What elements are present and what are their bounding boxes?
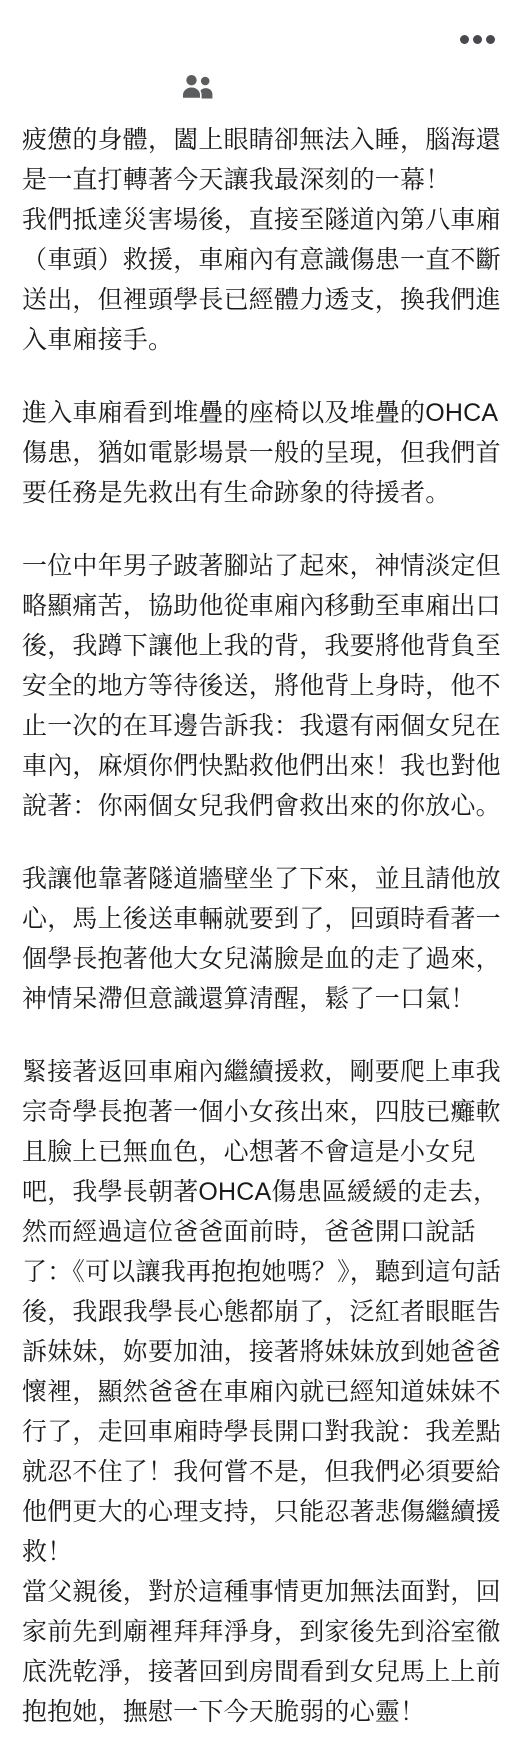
post-paragraph-3: 進入車廂看到堆疊的座椅以及堆疊的OHCA傷患，猶如電影場景一般的呈現，但我們首要… (22, 393, 502, 513)
friends-privacy-icon (181, 73, 215, 99)
post-paragraph-1: 疲憊的身體，闔上眼睛卻無法入睡，腦海還是一直打轉著今天讓我最深刻的一幕！ (22, 120, 502, 200)
post-screen: 疲憊的身體，闔上眼睛卻無法入睡，腦海還是一直打轉著今天讓我最深刻的一幕！ 我們抵… (0, 0, 524, 1759)
post-body: 疲憊的身體，闔上眼睛卻無法入睡，腦海還是一直打轉著今天讓我最深刻的一幕！ 我們抵… (22, 120, 502, 1732)
ellipsis-dot-icon (460, 35, 469, 44)
ellipsis-dot-icon (473, 35, 482, 44)
post-paragraph-6: 緊接著返回車廂內繼續援救，剛要爬上車我宗奇學長抱著一個小女孩出來，四肢已癱軟且臉… (22, 1052, 502, 1572)
post-paragraph-5: 我讓他靠著隧道牆壁坐了下來，並且請他放心，馬上後送車輛就要到了，回頭時看著一個學… (22, 859, 502, 1019)
post-paragraph-4: 一位中年男子跛著腳站了起來，神情淡定但略顯痛苦，協助他從車廂內移動至車廂出口後，… (22, 546, 502, 826)
more-options-button[interactable] (458, 33, 497, 46)
post-paragraph-7: 當父親後，對於這種事情更加無法面對，回家前先到廟裡拜拜淨身，到家後先到浴室徹底洗… (22, 1572, 502, 1732)
ellipsis-dot-icon (486, 35, 495, 44)
post-paragraph-2: 我們抵達災害場後，直接至隧道內第八車廂（車頭）救援，車廂內有意識傷患一直不斷送出… (22, 200, 502, 360)
